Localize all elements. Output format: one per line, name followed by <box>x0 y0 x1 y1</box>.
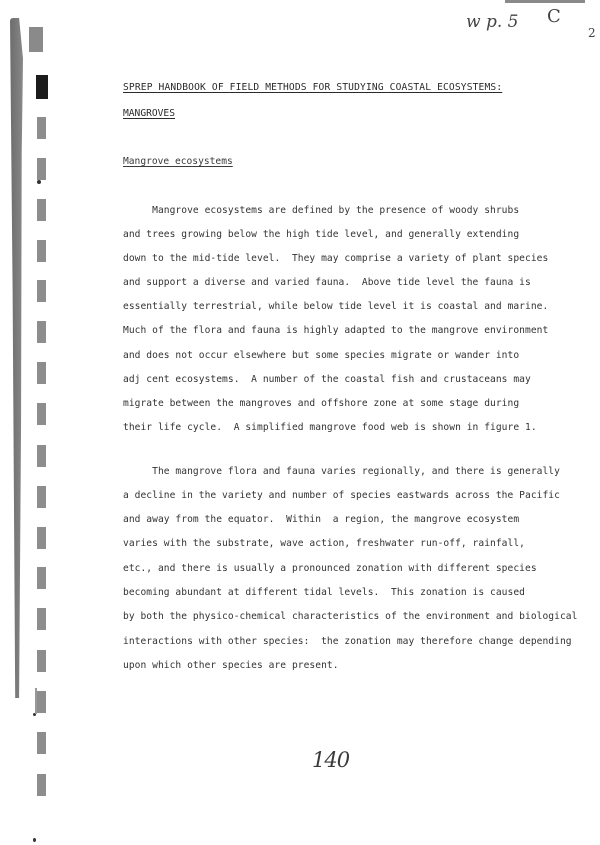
text-line: becoming abundant at different tidal lev… <box>123 587 525 598</box>
text-line: and trees growing below the high tide le… <box>123 229 519 240</box>
punch-hole <box>37 732 46 754</box>
text-line: their life cycle. A simplified mangrove … <box>123 422 537 433</box>
text-line: essentially terrestrial, while below tid… <box>123 301 548 312</box>
punch-hole <box>37 445 46 467</box>
punch-hole <box>37 567 46 589</box>
punch-hole <box>37 486 46 508</box>
punch-hole <box>37 527 46 549</box>
text-line: by both the physico-chemical characteris… <box>123 611 577 622</box>
text-line: a decline in the variety and number of s… <box>123 490 560 501</box>
scan-speck <box>37 180 41 184</box>
text-line: and does not occur elsewhere but some sp… <box>123 350 519 361</box>
punch-hole <box>37 117 46 139</box>
punch-hole <box>36 75 48 99</box>
text-line: down to the mid-tide level. They may com… <box>123 253 548 264</box>
scanned-document-page: w p. 5 C 2 SPREP HANDBOOK OF FIELD METHO… <box>0 0 600 845</box>
text-line: Mangrove ecosystems are defined by the p… <box>123 205 519 216</box>
text-line: migrate between the mangroves and offsho… <box>123 398 519 409</box>
text-line: adj cent ecosystems. A number of the coa… <box>123 374 531 385</box>
punch-hole <box>37 403 46 425</box>
text-line: upon which other species are present. <box>123 660 339 671</box>
document-title: SPREP HANDBOOK OF FIELD METHODS FOR STUD… <box>123 82 502 93</box>
handwritten-annotation: w p. 5 <box>466 12 518 32</box>
punch-hole <box>37 650 46 672</box>
text-line: varies with the substrate, wave action, … <box>123 538 525 549</box>
scan-edge-bar <box>505 0 585 3</box>
text-line: Much of the flora and fauna is highly ad… <box>123 325 548 336</box>
text-line: etc., and there is usually a pronounced … <box>123 563 537 574</box>
scan-mark <box>35 688 37 714</box>
margin-mark: 2 <box>588 26 596 40</box>
punch-hole <box>37 774 46 796</box>
scan-speck <box>33 838 36 842</box>
text-line: and away from the equator. Within a regi… <box>123 514 519 525</box>
handwritten-mark: C <box>547 6 561 27</box>
text-line: interactions with other species: the zon… <box>123 636 572 647</box>
binding-edge-shadow <box>10 18 23 698</box>
punch-hole <box>37 240 46 262</box>
text-line: The mangrove flora and fauna varies regi… <box>123 466 560 477</box>
punch-hole <box>29 27 43 52</box>
document-subtitle: MANGROVES <box>123 108 175 119</box>
punch-hole <box>37 199 46 221</box>
text-line: and support a diverse and varied fauna. … <box>123 277 531 288</box>
punch-hole <box>37 362 46 384</box>
punch-hole <box>37 158 46 180</box>
punch-hole <box>37 280 46 302</box>
punch-hole <box>37 608 46 630</box>
page-number: 140 <box>312 748 349 772</box>
punch-hole <box>37 691 46 713</box>
section-heading: Mangrove ecosystems <box>123 156 233 167</box>
punch-hole <box>37 321 46 343</box>
